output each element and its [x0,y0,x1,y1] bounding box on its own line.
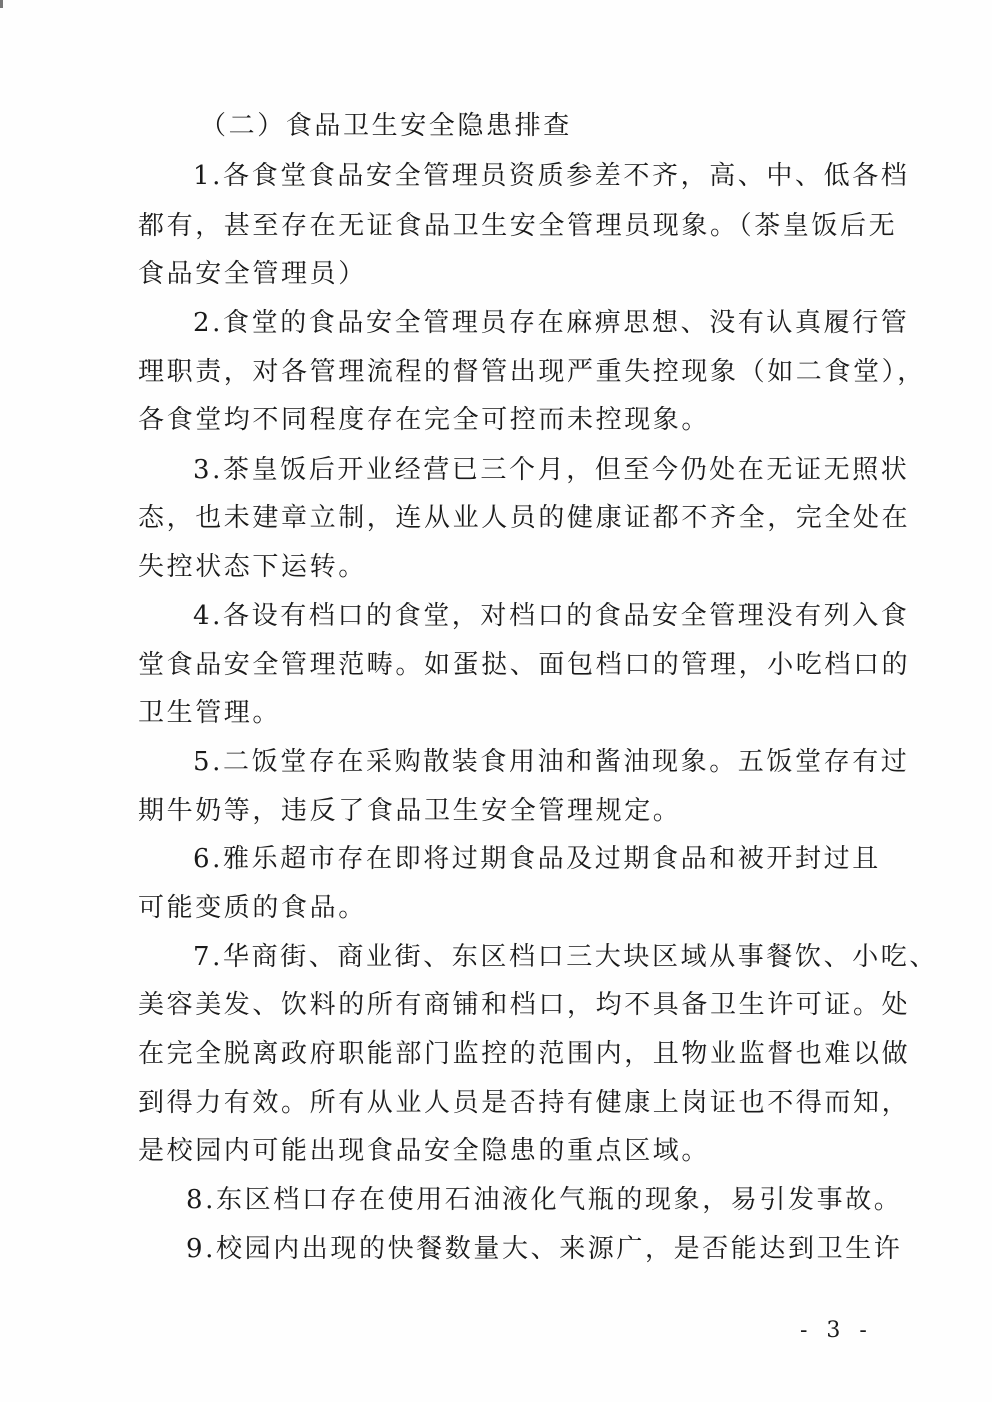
item-3-line-3: 失控状态下运转。 [138,549,367,585]
item-4-line-2: 堂食品安全管理范畴。如蛋挞、面包档口的管理，小吃档口的 [138,647,910,683]
item-6-line-1: 6.雅乐超市存在即将过期食品及过期食品和被开封过且 [193,841,881,877]
item-1-line-2: 都有，甚至存在无证食品卫生安全管理员现象。（茶皇饭后无 [138,208,897,244]
item-3-line-1: 3.茶皇饭后开业经营已三个月，但至今仍处在无证无照状 [193,452,909,488]
item-7-line-2: 美容美发、饮料的所有商铺和档口，均不具备卫生许可证。处 [138,987,910,1023]
item-8-line-1: 8.东区档口存在使用石油液化气瓶的现象，易引发事故。 [186,1182,902,1218]
item-1-line-3: 食品安全管理员） [138,256,367,292]
item-7-line-3: 在完全脱离政府职能部门监控的范围内，且物业监督也难以做 [138,1036,910,1072]
item-6-line-2: 可能变质的食品。 [138,890,367,926]
item-5-line-2: 期牛奶等，违反了食品卫生安全管理规定。 [138,793,681,829]
item-1-line-1: 1.各食堂食品安全管理员资质参差不齐，高、中、低各档 [193,158,909,194]
item-7-line-1: 7.华商街、商业街、东区档口三大块区域从事餐饮、小吃、 [193,939,938,975]
item-7-line-4: 到得力有效。所有从业人员是否持有健康上岗证也不得而知， [138,1085,910,1121]
item-9-line-1: 9.校园内出现的快餐数量大、来源广，是否能达到卫生许 [186,1231,902,1267]
page-number: - 3 - [800,1318,873,1343]
item-5-line-1: 5.二饭堂存在采购散装食用油和酱油现象。五饭堂存有过 [193,744,909,780]
item-2-line-2: 理职责，对各管理流程的督管出现严重失控现象（如二食堂）， [138,354,926,390]
item-2-line-3: 各食堂均不同程度存在完全可控而未控现象。 [138,402,710,438]
item-7-line-5: 是校园内可能出现食品安全隐患的重点区域。 [138,1133,710,1169]
item-2-line-1: 2.食堂的食品安全管理员存在麻痹思想、没有认真履行管 [193,305,909,341]
document-page: （二）食品卫生安全隐患排查 1.各食堂食品安全管理员资质参差不齐，高、中、低各档… [0,0,992,1402]
item-4-line-1: 4.各设有档口的食堂，对档口的食品安全管理没有列入食 [193,598,909,634]
scan-artifact [0,0,3,8]
item-3-line-2: 态，也未建章立制，连从业人员的健康证都不齐全，完全处在 [138,500,910,536]
item-4-line-3: 卫生管理。 [138,695,281,731]
section-heading: （二）食品卫生安全隐患排查 [200,108,572,144]
